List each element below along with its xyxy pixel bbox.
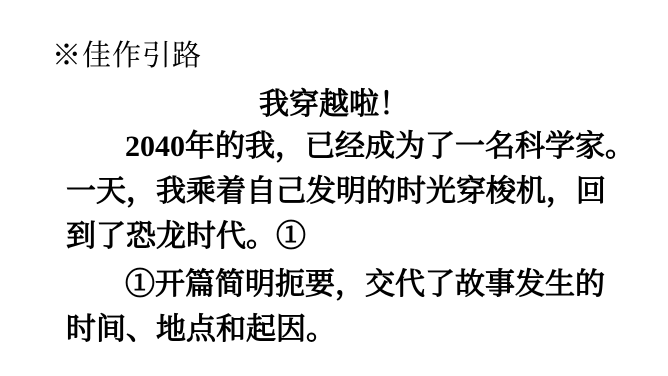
essay-paragraph: 2040年的我，已经成为了一名科学家。 一天，我乘着自己发明的时光穿梭机，回 到… [66,124,652,259]
essay-line-2: 一天，我乘着自己发明的时光穿梭机，回 [66,169,652,214]
slide-canvas: ※佳作引路 我穿越啦！ 2040年的我，已经成为了一名科学家。 一天，我乘着自己… [0,0,668,376]
essay-line-3: 到了恐龙时代。① [66,214,652,259]
essay-line-1: 2040年的我，已经成为了一名科学家。 [66,124,652,169]
section-header: ※佳作引路 [52,33,202,74]
essay-title: 我穿越啦！ [0,79,668,123]
annotation-line-1: ①开篇简明扼要，交代了故事发生的 [66,262,652,307]
annotation-line-2: 时间、地点和起因。 [66,307,652,352]
annotation-paragraph: ①开篇简明扼要，交代了故事发生的 时间、地点和起因。 [66,262,652,352]
